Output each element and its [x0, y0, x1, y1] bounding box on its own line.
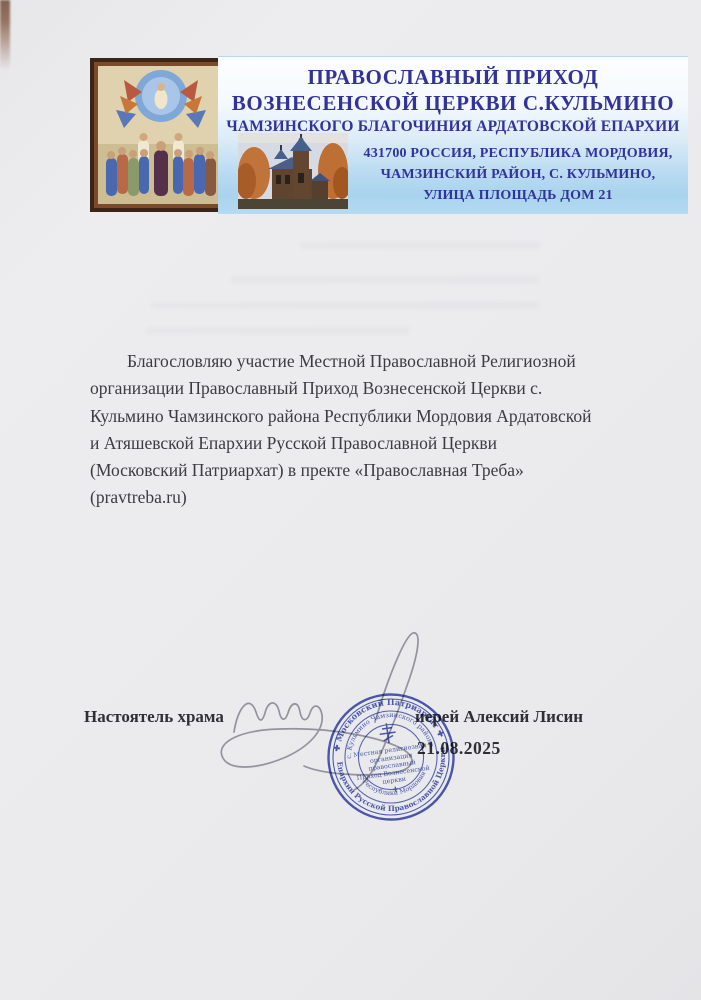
paragraph-line: (Московский Патриархат) в пректе «Правос…: [90, 457, 635, 484]
parish-round-stamp: ✚ Московский Патриархат ✚ Епархии Русско…: [301, 667, 482, 848]
address-line-1: 431700 РОССИЯ, РЕСПУБЛИКА МОРДОВИЯ,: [360, 143, 676, 164]
bleed-through-mark: [300, 242, 540, 249]
title-line-2: ВОЗНЕСЕНСКОЙ ЦЕРКВИ С.КУЛЬМИНО: [218, 90, 688, 116]
letterhead-banner: ПРАВОСЛАВНЫЙ ПРИХОД ВОЗНЕСЕНСКОЙ ЦЕРКВИ …: [218, 56, 688, 214]
paragraph-line: Благословляю участие Местной Православно…: [90, 348, 635, 375]
bleed-through-mark: [150, 302, 540, 309]
paragraph-line: (pravtreba.ru): [90, 484, 635, 511]
title-line-1: ПРАВОСЛАВНЫЙ ПРИХОД: [218, 64, 688, 90]
paragraph-line: Кульмино Чамзинского района Республики М…: [90, 403, 635, 430]
stamp-bottom-cross-icon: ✚: [392, 785, 399, 794]
church-photo: [238, 133, 348, 209]
bleed-through-mark: [145, 327, 410, 334]
ascension-icon-image: [90, 58, 232, 212]
stamp-center-text: Местная религиозная организация правосла…: [353, 742, 433, 799]
address-line-3: УЛИЦА ПЛОЩАДЬ ДОМ 21: [360, 185, 676, 206]
blessing-paragraph: Благословляю участие Местной Православно…: [90, 348, 635, 512]
paragraph-line: организации Православный Приход Вознесен…: [90, 375, 635, 402]
scanned-letter-page: ПРАВОСЛАВНЫЙ ПРИХОД ВОЗНЕСЕНСКОЙ ЦЕРКВИ …: [0, 0, 701, 1000]
paragraph-line: и Атяшевской Епархии Русской Православно…: [90, 430, 635, 457]
parish-address: 431700 РОССИЯ, РЕСПУБЛИКА МОРДОВИЯ, ЧАМЗ…: [360, 143, 676, 206]
address-line-2: ЧАМЗИНСКИЙ РАЙОН, С. КУЛЬМИНО,: [360, 164, 676, 185]
bleed-through-mark: [230, 276, 540, 283]
parish-title: ПРАВОСЛАВНЫЙ ПРИХОД ВОЗНЕСЕНСКОЙ ЦЕРКВИ …: [218, 64, 688, 138]
scan-edge-smudge: [0, 0, 10, 70]
